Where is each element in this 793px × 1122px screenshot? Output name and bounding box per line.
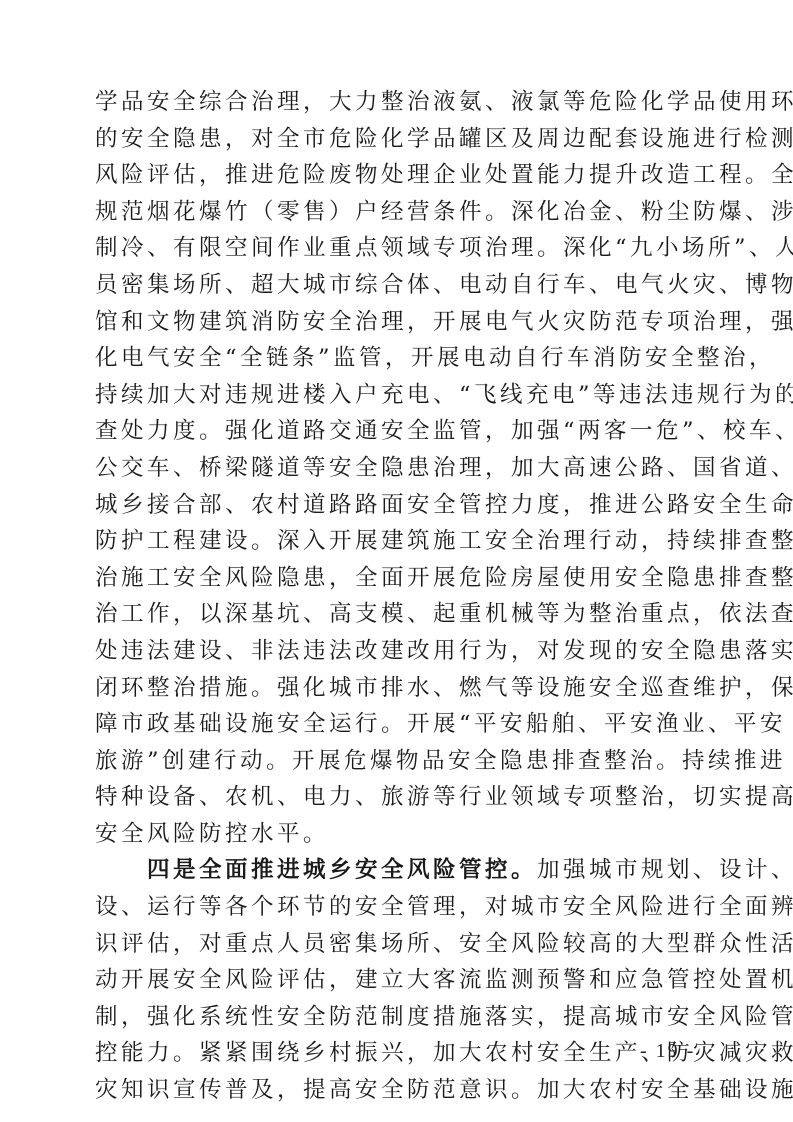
text-line: 制冷、有限空间作业重点领域专项治理。深化“九小场所”、人	[95, 230, 701, 267]
text-line: 的安全隐患，对全市危险化学品罐区及周边配套设施进行检测与	[95, 121, 701, 158]
text-line: 灾知识宣传普及，提高安全防范意识。加大农村安全基础设施	[95, 1072, 701, 1109]
text-line: 治施工安全风险隐患，全面开展危险房屋使用安全隐患排查整	[95, 560, 701, 597]
text-line: 动开展安全风险评估，建立大客流监测预警和应急管控处置机	[95, 962, 701, 999]
text-line: 特种设备、农机、电力、旅游等行业领域专项整治，切实提高	[95, 779, 701, 816]
section-4-heading: 四是全面推进城乡安全风险管控。	[147, 857, 537, 883]
text-line: 控能力。紧紧围绕乡村振兴，加大农村安全生产、防灾减灾救	[95, 1035, 701, 1072]
document-page: 学品安全综合治理，大力整治液氨、液氯等危险化学品使用环节 的安全隐患，对全市危险…	[0, 0, 793, 1122]
section-4-first-line: 四是全面推进城乡安全风险管控。加强城市规划、设计、建	[95, 852, 701, 889]
text-line: 识评估，对重点人员密集场所、安全风险较高的大型群众性活	[95, 926, 701, 963]
text-line: 城乡接合部、农村道路路面安全管控力度，推进公路安全生命	[95, 487, 701, 524]
text-line: 规范烟花爆竹（零售）户经营条件。深化冶金、粉尘防爆、涉氨	[95, 194, 701, 231]
text-line: 持续加大对违规进楼入户充电、“飞线充电”等违法违规行为的	[95, 377, 701, 414]
text-line: 障市政基础设施安全运行。开展“平安船舶、平安渔业、平安	[95, 706, 701, 743]
text-line: 治工作，以深基坑、高支模、起重机械等为整治重点，依法查	[95, 596, 701, 633]
text-line: 馆和文物建筑消防安全治理，开展电气火灾防范专项治理，强	[95, 304, 701, 341]
section-4-text: 加强城市规划、设计、建	[537, 857, 793, 883]
text-line: 设、运行等各个环节的安全管理，对城市安全风险进行全面辨	[95, 889, 701, 926]
text-line: 学品安全综合治理，大力整治液氨、液氯等危险化学品使用环节	[95, 84, 701, 121]
body-text: 学品安全综合治理，大力整治液氨、液氯等危险化学品使用环节 的安全隐患，对全市危险…	[95, 84, 701, 1109]
text-line: 化电气安全“全链条”监管，开展电动自行车消防安全整治，	[95, 340, 701, 377]
text-line: 制，强化系统性安全防范制度措施落实，提高城市安全风险管	[95, 999, 701, 1036]
text-line: 防护工程建设。深入开展建筑施工安全治理行动，持续排查整	[95, 523, 701, 560]
text-line: 旅游”创建行动。开展危爆物品安全隐患排查整治。持续推进	[95, 743, 701, 780]
text-line: 查处力度。强化道路交通安全监管，加强“两客一危”、校车、	[95, 413, 701, 450]
text-line: 风险评估，推进危险废物处理企业处置能力提升改造工程。全面	[95, 157, 701, 194]
page-number: - 19 -	[640, 1040, 695, 1063]
text-line: 处违法建设、非法违法改建改用行为，对发现的安全隐患落实	[95, 633, 701, 670]
text-line: 闭环整治措施。强化城市排水、燃气等设施安全巡查维护，保	[95, 670, 701, 707]
text-line: 公交车、桥梁隧道等安全隐患治理，加大高速公路、国省道、	[95, 450, 701, 487]
text-line: 员密集场所、超大城市综合体、电动自行车、电气火灾、博物	[95, 267, 701, 304]
text-line: 安全风险防控水平。	[95, 816, 701, 853]
